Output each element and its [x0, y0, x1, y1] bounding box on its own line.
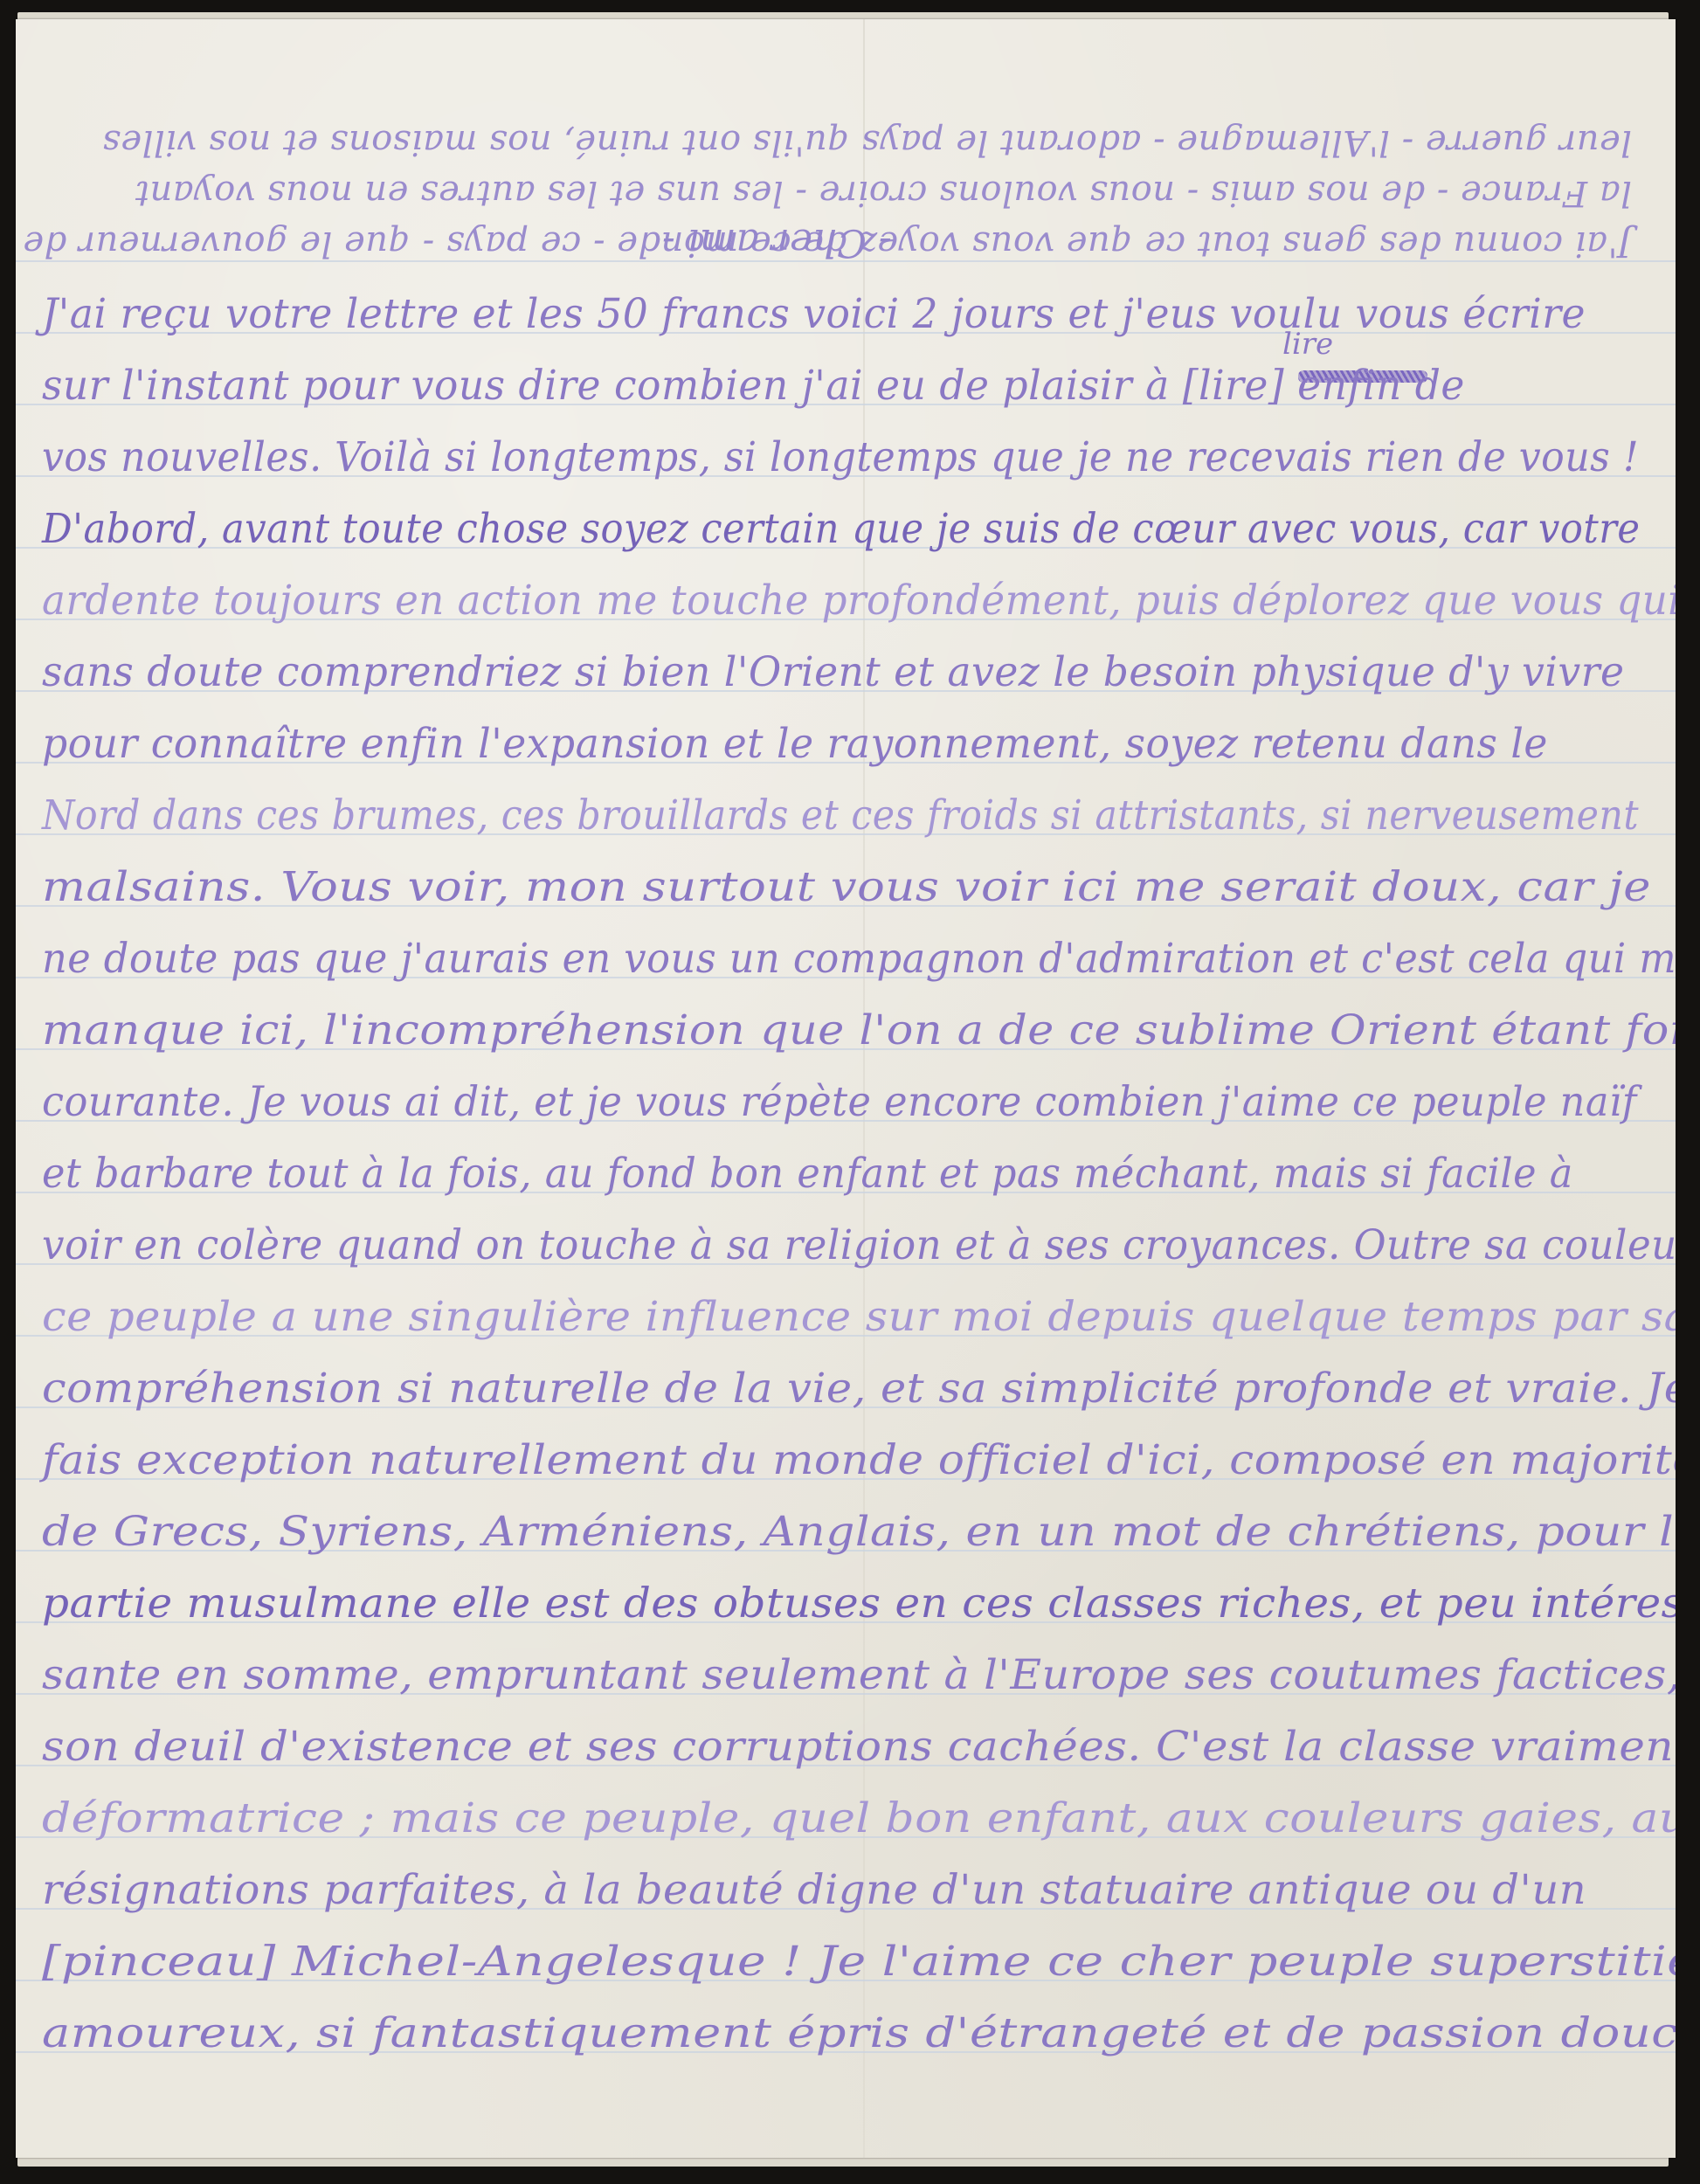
body-line: partie musulmane elle est des obtuses en…	[42, 1579, 1676, 1628]
body-line: déformatrice ; mais ce peuple, quel bon …	[42, 1794, 1676, 1842]
body-line: et barbare tout à la fois, au fond bon e…	[42, 1150, 1573, 1198]
body-line: courante. Je vous ai dit, et je vous rép…	[42, 1078, 1637, 1126]
body-line: résignations parfaites, à la beauté dign…	[42, 1866, 1586, 1914]
body-line: de Grecs, Syriens, Arméniens, Anglais, e…	[42, 1508, 1676, 1556]
body-line: manque ici, l'incompréhension que l'on a…	[42, 1006, 1676, 1054]
body-line: compréhension si naturelle de la vie, et…	[42, 1365, 1676, 1413]
body-line: [pinceau] Michel-Angelesque ! Je l'aime …	[42, 1938, 1676, 1986]
body-line: ce peuple a une singulière influence sur…	[42, 1293, 1676, 1341]
body-line: voir en colère quand on touche à sa reli…	[42, 1221, 1676, 1269]
body-line: D'abord, avant toute chose soyez certain…	[42, 505, 1640, 553]
body-line: J'ai reçu votre lettre et les 50 francs …	[42, 290, 1586, 338]
body-line: sans doute comprendriez si bien l'Orient…	[42, 648, 1624, 696]
letter-page: J'ai connu des gens tout ce que vous voy…	[16, 19, 1676, 2158]
body-line: fais exception naturellement du monde of…	[42, 1436, 1676, 1484]
postscript-line: la France - de nos amis - nous voulons c…	[135, 173, 1632, 213]
body-line: Nord dans ces brumes, ces brouillards et…	[42, 791, 1639, 840]
body-line: amoureux, si fantastiquement épris d'étr…	[42, 2009, 1676, 2057]
body-line: son deuil d'existence et ses corruptions…	[42, 1723, 1676, 1771]
body-line: sur l'instant pour vous dire combien j'a…	[42, 362, 1465, 410]
body-line: vos nouvelles. Voilà si longtemps, si lo…	[42, 433, 1639, 481]
body-line: sante en somme, empruntant seulement à l…	[42, 1651, 1676, 1699]
body-line: ne doute pas que j'aurais en vous un com…	[42, 935, 1676, 983]
body-line: malsains. Vous voir, mon surtout vous vo…	[42, 863, 1651, 911]
body-line: ardente toujours en action me touche pro…	[42, 577, 1676, 625]
postscript-line: leur guerre - l'Allemagne - adorant le p…	[102, 122, 1632, 162]
salutation: - Cher ami -	[662, 220, 892, 265]
body-line: pour connaître enfin l'expansion et le r…	[42, 720, 1548, 768]
